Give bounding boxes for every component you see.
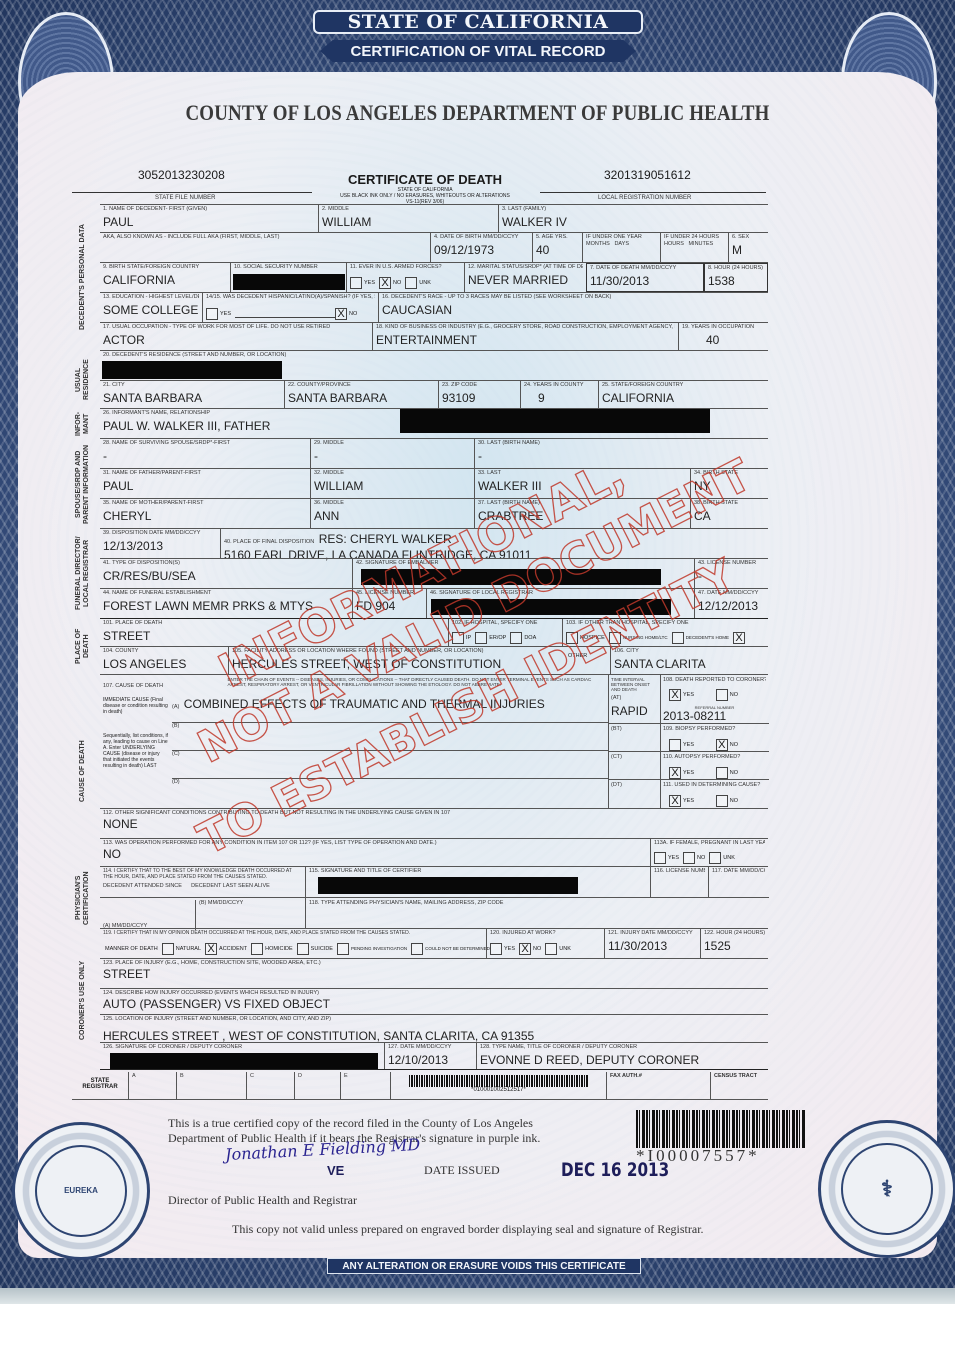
residence-state-field: 25. STATE/FOREIGN COUNTRYCALIFORNIA [598,381,768,408]
certifier-license-field: 116. LICENSE NUMBER [650,867,708,897]
manner-natural-checkbox[interactable] [162,943,174,955]
other-place-checkbox[interactable]: X [733,632,745,644]
manner-undetermined-checkbox[interactable] [411,943,423,955]
at-work-no-checkbox[interactable]: X [519,943,531,955]
decedent-first-name-field: 1. NAME OF DECEDENT- FIRST (Given)PAUL [100,205,318,232]
father-last-field: 33. LASTWALKER III [474,469,690,498]
section-coroner: CORONER'S USE ONLY [74,930,92,1070]
informant-field: 26. INFORMANT'S NAME, RELATIONSHIPPAUL W… [100,409,768,438]
age-field: 5. AGE Yrs.40 [532,233,582,262]
manner-suicide-checkbox[interactable] [297,943,309,955]
ssn-field: 10. SOCIAL SECURITY NUMBER [230,263,346,292]
disposition-date-field: 39. DISPOSITION DATE mm/dd/ccyy12/13/201… [100,529,220,558]
local-registrar-signature-field: 46. SIGNATURE OF LOCAL REGISTRAR [426,589,694,618]
embalmer-signature-field: 42. SIGNATURE OF EMBALMER [352,559,694,588]
mother-last-field: 37. LAST (BIRTH NAME)CRABTREE [474,499,690,528]
disposition-type-row: 41. TYPE OF DISPOSITION(S)CR/RES/BU/SEA … [100,558,768,588]
at-work-unk-checkbox[interactable] [545,943,557,955]
mother-middle-field: 36. MIDDLEANN [310,499,474,528]
cause-line-a: (A) COMBINED EFFECTS OF TRAUMATIC AND TH… [172,695,608,723]
marital-status-field: 12. MARITAL STATUS/SRDP* (at Time of Dea… [464,263,586,292]
occupation-field: 17. USUAL OCCUPATION - Type of work for … [100,323,372,350]
decedent-middle-name-field: 2. MIDDLEWILLIAM [318,205,498,232]
department-title: COUNTY OF LOS ANGELES DEPARTMENT OF PUBL… [67,100,888,126]
certifier-signature-field: 115. SIGNATURE AND TITLE OF CERTIFIER 11… [305,867,650,928]
injury-date-field: 121. INJURY DATE mm/dd/ccyy11/30/2013 [604,929,700,958]
redacted-coroner-signature [110,1053,378,1069]
injury-place-row: 123. PLACE OF INJURY (e.g., home, constr… [100,958,768,988]
state-banner: STATE OF CALIFORNIA [313,10,643,34]
registrar-column-a: A [128,1072,176,1099]
race-field: 16. DECEDENT'S RACE - Up to 3 races may … [378,293,768,322]
pregnant-field: 113A. IF FEMALE, PREGNANT IN LAST YEAR? … [650,839,768,866]
coroner-signature-field: 126. SIGNATURE OF CORONER / DEPUTY CORON… [100,1043,384,1069]
section-spouse-parent: SPOUSE/SRDP AND PARENT INFORMATION [74,440,92,528]
hispanic-yes-checkbox[interactable] [206,308,218,320]
injury-place-field: 123. PLACE OF INJURY (e.g., home, constr… [100,959,768,988]
state-file-number-label: STATE FILE NUMBER [155,195,215,201]
residence-zip-field: 23. ZIP CODE93109 [438,381,520,408]
injury-location-row: 125. LOCATION OF INJURY (Street and numb… [100,1014,768,1042]
autopsy-yes-checkbox[interactable]: X [669,767,681,779]
great-seal-of-california: EUREKA [12,1122,150,1260]
decedent-occupation-row: 17. USUAL OCCUPATION - Type of work for … [100,322,768,350]
divider [540,192,766,193]
registrar-barcode-number: *010001002512517* [394,1087,603,1093]
registrar-column-b: B [176,1072,246,1099]
fax-auth-field: FAX AUTH.# [606,1072,710,1099]
father-row: 31. NAME OF FATHER/PARENT-FIRSTPAUL 32. … [100,468,768,498]
redacted-ssn [233,274,345,290]
reported-yes-checkbox[interactable]: X [669,689,681,701]
physician-row: 114. I CERTIFY THAT TO THE BEST OF MY KN… [100,866,768,928]
section-personal-data: DECEDENT'S PERSONAL DATA [74,205,92,350]
place-address-row: 104. COUNTYLOS ANGELES 105. FACILITY ADD… [100,646,768,674]
manner-pending-checkbox[interactable] [337,943,349,955]
place-of-death-row: 101. PLACE OF DEATHSTREET 102. IF HOSPIT… [100,618,768,646]
certification-statement-line-1: This is a true certified copy of the rec… [168,1116,533,1131]
certificate-title: CERTIFICATE OF DEATH [300,172,550,187]
spouse-first-field: 28. NAME OF SURVIVING SPOUSE/SRDP*-FIRST… [100,439,310,468]
section-informant: INFOR-MANT [74,410,92,438]
redacted-registrar-signature [431,599,671,615]
local-registration-label: LOCAL REGISTRATION NUMBER [598,195,691,201]
injury-description-field: 124. DESCRIBE HOW INJURY OCCURRED (Event… [100,989,768,1014]
section-funeral-director: FUNERAL DIRECTOR/ LOCAL REGISTRAR [74,530,92,616]
injury-hour-field: 122. HOUR (24 Hours)1525 [700,929,768,958]
interval-a: (AT)RAPID [611,695,648,718]
armed-forces-yes-checkbox[interactable] [350,277,362,289]
sequential-cause-label: Sequentially, list conditions, if any, l… [103,733,169,769]
state-file-number: 3052013230208 [138,168,225,182]
informant-row: 26. INFORMANT'S NAME, RELATIONSHIPPAUL W… [100,408,768,438]
biopsy-yes-checkbox[interactable] [669,739,681,751]
spouse-row: 28. NAME OF SURVIVING SPOUSE/SRDP*-FIRST… [100,438,768,468]
other-conditions-row: 112. OTHER SIGNIFICANT CONDITIONS CONTRI… [100,808,768,838]
cause-line-b: (B) [172,723,608,751]
registrar-column-e: E [340,1072,390,1099]
certifier-date-field: 117. DATE mm/dd/ccyy [708,867,768,897]
manner-of-death-field: 119. I CERTIFY THAT IN MY OPINION DEATH … [100,929,486,958]
years-occupation-field: 19. YEARS IN OCCUPATION40 [678,323,768,350]
disposition-type-field: 41. TYPE OF DISPOSITION(S)CR/RES/BU/SEA [100,559,352,588]
operation-field: 113. WAS OPERATION PERFORMED FOR ANY CON… [100,839,650,866]
manner-of-death-row: 119. I CERTIFY THAT IN MY OPINION DEATH … [100,928,768,958]
injury-location-field: 125. LOCATION OF INJURY (Street and numb… [100,1015,768,1042]
great-seal-motto: EUREKA [35,1145,127,1237]
section-place-of-death: PLACE OF DEATH [74,618,92,674]
hispanic-field: 14/15. WAS DECEDENT HISPANIC/LATINO(A)/S… [202,293,378,322]
coroner-date-field: 127. DATE mm/dd/ccyy12/10/2013 [384,1043,476,1069]
cause-of-death-block: 107. CAUSE OF DEATH Enter the chain of e… [100,674,768,808]
hospital-erop-checkbox[interactable] [475,632,487,644]
section-usual-residence: USUAL RESIDENCE [74,352,92,408]
other-conditions-field: 112. OTHER SIGNIFICANT CONDITIONS CONTRI… [100,809,768,838]
physician-name-field: 118. TYPE ATTENDING PHYSICIAN'S NAME, MA… [306,897,769,909]
coroner-name-field: 128. TYPE NAME, TITLE OF CORONER / DEPUT… [476,1043,768,1069]
hospital-doa-checkbox[interactable] [510,632,522,644]
section-physician-certification: PHYSICIAN'S CERTIFICATION [74,868,92,928]
local-registration-number: 3201319051612 [604,168,691,182]
establishment-license-field: 45. LICENSE NUMBERFD 904 [352,589,426,618]
serial-barcode [636,1110,806,1148]
divider [72,192,312,193]
death-city-field: 106. CITYSANTA CLARITA [610,647,768,674]
registrar-title: Director of Public Health and Registrar [168,1193,357,1208]
caduceus-icon: ⚕ [841,1143,933,1235]
under-one-year-field: IF UNDER ONE YEARMonths Days [582,233,660,262]
decedent-birth-row: 9. BIRTH STATE/FOREIGN COUNTRYCALIFORNIA… [100,262,768,292]
aka-field: AKA, ALSO KNOWN AS - Include full AKA (F… [100,233,430,262]
mother-row: 35. NAME OF MOTHER/PARENT-FIRSTCHERYL 36… [100,498,768,528]
cause-chain-field: 107. CAUSE OF DEATH Enter the chain of e… [100,675,608,808]
validity-note: This copy not valid unless prepared on e… [232,1222,704,1237]
decedent-name-row: 1. NAME OF DECEDENT- FIRST (Given)PAUL 2… [100,204,768,232]
physician-certify-field: 114. I CERTIFY THAT TO THE BEST OF MY KN… [100,867,305,928]
nursing-home-checkbox[interactable] [609,632,621,644]
certification-banner: CERTIFICATION OF VITAL RECORD [320,40,636,62]
other-place-type-field: 103. IF OTHER THAN HOSPITAL, SPECIFY ONE… [562,619,768,646]
decedent-aka-row: AKA, ALSO KNOWN AS - Include full AKA (F… [100,232,768,262]
hospital-type-field: 102. IF HOSPITAL, SPECIFY ONE IPER/OPDOA [448,619,562,646]
interval-b: (BT) [609,723,661,735]
residence-county-field: 22. COUNTY/PROVINCESANTA BARBARA [284,381,438,408]
coroner-checks-column: 108. DEATH REPORTED TO CORONER? XYES NO … [660,675,768,808]
sex-field: 6. SEXM [728,233,768,262]
state-registrar-label: STATE REGISTRAR [72,1072,128,1099]
injured-at-work-field: 120. INJURED AT WORK? YESXNOUNK [486,929,604,958]
education-field: 13. EDUCATION - Highest Level/Degree (se… [100,293,202,322]
spouse-middle-field: 29. MIDDLE- [310,439,474,468]
funeral-establishment-field: 44. NAME OF FUNERAL ESTABLISHMENTFOREST … [100,589,352,618]
at-work-yes-checkbox[interactable] [490,943,502,955]
redacted-residence [102,361,282,379]
registrar-column-d: D [294,1072,340,1099]
decedent-education-row: 13. EDUCATION - Highest Level/Degree (se… [100,292,768,322]
under-24-hours-field: IF UNDER 24 HOURSHours Minutes [660,233,728,262]
date-of-birth-field: 4. DATE OF BIRTH mm/dd/ccyy09/12/1973 [430,233,532,262]
decedent-last-name-field: 3. LAST (Family)WALKER IV [498,205,768,232]
father-birth-state-field: 34. BIRTH STATENY [690,469,768,498]
birth-state-field: 9. BIRTH STATE/FOREIGN COUNTRYCALIFORNIA [100,263,230,292]
death-address-field: 105. FACILITY ADDRESS OR LOCATION WHERE … [228,647,610,674]
autopsy-no-checkbox[interactable] [716,767,728,779]
used-no-checkbox[interactable] [716,795,728,807]
interval-d: (DT) [609,779,661,791]
registrar-date-field: 47. DATE mm/dd/ccyy12/12/2013 [694,589,768,618]
immediate-cause-label: IMMEDIATE CAUSE (Final disease or condit… [103,697,173,715]
used-yes-checkbox[interactable]: X [669,795,681,807]
embalmer-license-field: 43. LICENSE NUMBER- [694,559,768,588]
date-of-death-field: 7. DATE OF DEATH mm/dd/ccyy11/30/2013 [586,263,704,292]
mother-birth-state-field: 38. BIRTH STATECA [690,499,768,528]
cause-line-c: (C) [172,751,608,779]
signature-initials: VE [327,1163,344,1178]
certificate-title-block: CERTIFICATE OF DEATH STATE OF CALIFORNIA… [300,172,550,205]
mother-first-field: 35. NAME OF MOTHER/PARENT-FIRSTCHERYL [100,499,310,528]
registrar-barcode [409,1075,589,1087]
father-middle-field: 32. MIDDLEWILLIAM [310,469,474,498]
interval-column: Time Interval Between Onset and Death (A… [608,675,660,808]
injury-description-row: 124. DESCRIBE HOW INJURY OCCURRED (Event… [100,988,768,1014]
registrar-column-c: C [246,1072,294,1099]
armed-forces-unk-checkbox[interactable] [405,277,417,289]
hospital-ip-checkbox[interactable] [452,632,464,644]
father-first-field: 31. NAME OF FATHER/PARENT-FIRSTPAUL [100,469,310,498]
industry-field: 18. KIND OF BUSINESS OR INDUSTRY (e.g., … [372,323,678,350]
coroner-signature-row: 126. SIGNATURE OF CORONER / DEPUTY CORON… [100,1042,768,1070]
pregnant-yes-checkbox[interactable] [654,852,666,864]
census-tract-field: CENSUS TRACT [710,1072,768,1099]
armed-forces-field: 11. EVER IN U.S. ARMED FORCES? YESXNOUNK [346,263,464,292]
los-angeles-county-seal: ⚕ [818,1120,955,1258]
biopsy-no-checkbox[interactable]: X [716,739,728,751]
hospice-checkbox[interactable] [566,632,578,644]
disposition-row: 39. DISPOSITION DATE mm/dd/ccyy12/13/201… [100,528,768,558]
date-issued-label: DATE ISSUED [424,1163,500,1178]
registrar-barcode-field: *010001002512517* [390,1072,606,1099]
funeral-establishment-row: 44. NAME OF FUNERAL ESTABLISHMENTFOREST … [100,588,768,618]
redacted-certifier-signature [318,877,578,894]
pregnant-unk-checkbox[interactable] [709,852,721,864]
residence-street-row: 20. DECEDENT'S RESIDENCE (Street and num… [100,350,768,380]
decedents-home-checkbox[interactable] [672,632,684,644]
residence-street-field: 20. DECEDENT'S RESIDENCE (Street and num… [100,351,768,380]
residence-city-row: 21. CITYSANTA BARBARA 22. COUNTY/PROVINC… [100,380,768,408]
hour-of-death-field: 8. HOUR (24 Hours)1538 [704,263,768,292]
alteration-warning-banner: ANY ALTERATION OR ERASURE VOIDS THIS CER… [327,1258,641,1274]
section-cause-of-death: CAUSE OF DEATH [74,676,92,866]
serial-number: *I00007557* [636,1146,760,1166]
interval-c: (CT) [609,751,661,763]
hispanic-no-checkbox[interactable]: X [335,308,347,320]
residence-years-field: 24. YEARS IN COUNTY9 [520,381,598,408]
armed-forces-no-checkbox[interactable]: X [379,277,391,289]
operation-row: 113. WAS OPERATION PERFORMED FOR ANY CON… [100,838,768,866]
redacted-informant-address [400,409,710,433]
residence-city-field: 21. CITYSANTA BARBARA [100,381,284,408]
redacted-embalmer-signature [361,569,661,585]
reported-no-checkbox[interactable] [716,689,728,701]
disposition-place-field: 40. PLACE OF FINAL DISPOSITION RES: CHER… [220,529,768,558]
place-of-death-field: 101. PLACE OF DEATHSTREET [100,619,448,646]
spouse-last-field: 30. LAST (BIRTH NAME)- [474,439,768,468]
state-registrar-row: STATE REGISTRAR A B C D E *0100010025125… [72,1072,768,1100]
death-county-field: 104. COUNTYLOS ANGELES [100,647,228,674]
manner-accident-checkbox[interactable]: X [205,943,217,955]
pregnant-no-checkbox[interactable] [683,852,695,864]
cause-line-d: (D) [172,779,608,807]
manner-homicide-checkbox[interactable] [251,943,263,955]
